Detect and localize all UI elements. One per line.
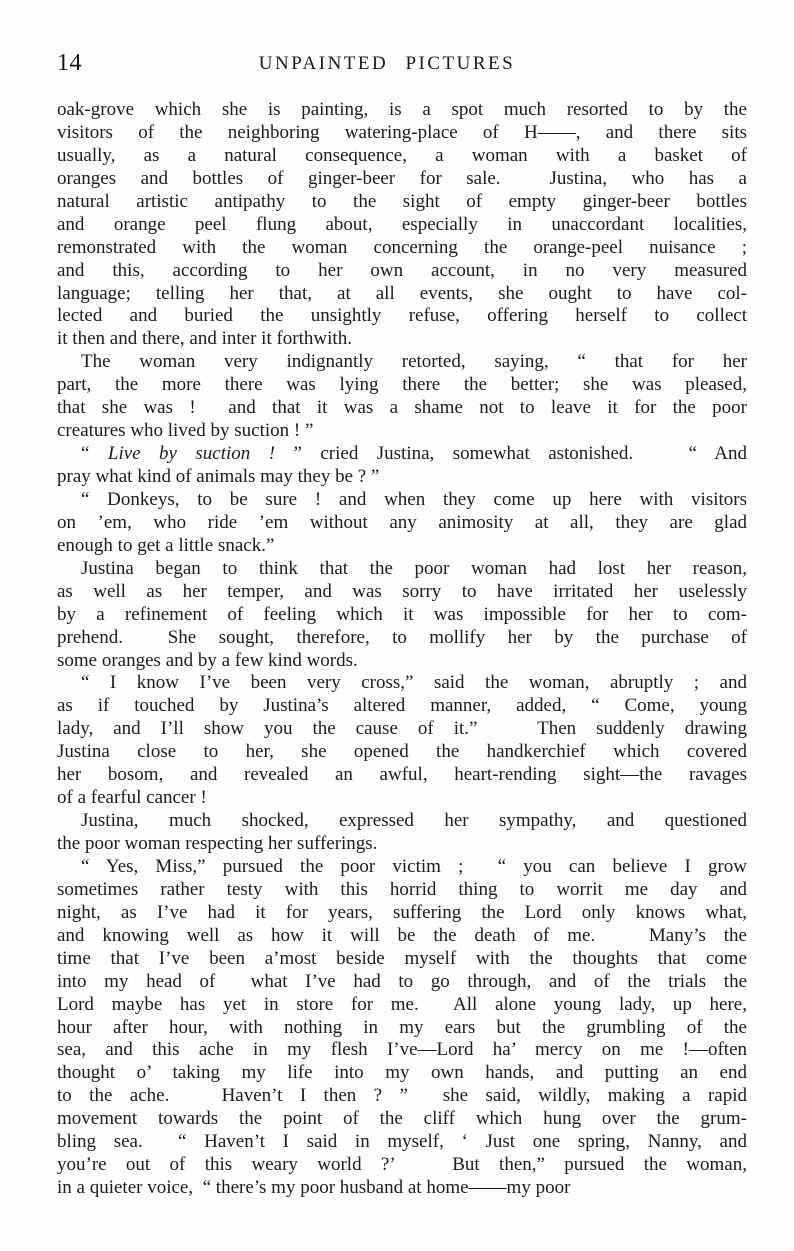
body-text: sea, and this ache in my flesh I’ve—Lord… xyxy=(57,1039,747,1060)
text-line: some oranges and by a few kind words. xyxy=(57,650,747,673)
text-line: thought o’ taking my life into my own ha… xyxy=(57,1062,747,1085)
body-text: movement towards the point of the cliff … xyxy=(57,1108,747,1129)
body-text: Justina, much shocked, expressed her sym… xyxy=(81,810,747,831)
text-line: night, as I’ve had it for years, sufferi… xyxy=(57,902,747,925)
text-line: in a quieter voice, “ there’s my poor hu… xyxy=(57,1177,747,1200)
running-header: 14 UNPAINTED PICTURES xyxy=(57,50,747,80)
body-text: The woman very indignantly retorted, say… xyxy=(81,351,747,372)
text-line: prehend. She sought, therefore, to molli… xyxy=(57,627,747,650)
text-line: time that I’ve been a’most beside myself… xyxy=(57,948,747,971)
body-text: her bosom, and revealed an awful, heart-… xyxy=(57,764,747,785)
text-line: sea, and this ache in my flesh I’ve—Lord… xyxy=(57,1039,747,1062)
text-line: natural artistic antipathy to the sight … xyxy=(57,191,747,214)
body-text: as well as her temper, and was sorry to … xyxy=(57,581,747,602)
text-line: by a refinement of feeling which it was … xyxy=(57,604,747,627)
body-text: it then and there, and inter it forthwit… xyxy=(57,328,352,349)
body-text: of a fearful cancer ! xyxy=(57,787,207,808)
body-text: as if touched by Justina’s altered manne… xyxy=(57,695,747,716)
text-line: lady, and I’ll show you the cause of it.… xyxy=(57,718,747,741)
body-text: Lord maybe has yet in store for me. All … xyxy=(57,994,747,1015)
text-line: enough to get a little snack.” xyxy=(57,535,747,558)
body-text: ” cried Justina, somewhat astonished. “ … xyxy=(275,443,747,464)
text-line: on ’em, who ride ’em without any animosi… xyxy=(57,512,747,535)
text-line: pray what kind of animals may they be ? … xyxy=(57,466,747,489)
text-line: of a fearful cancer ! xyxy=(57,787,747,810)
body-text: by a refinement of feeling which it was … xyxy=(57,604,747,625)
text-line: as if touched by Justina’s altered manne… xyxy=(57,695,747,718)
body-text: language; telling her that, at all event… xyxy=(57,283,747,304)
body-text: oak-grove which she is painting, is a sp… xyxy=(57,99,747,120)
body-text: natural artistic antipathy to the sight … xyxy=(57,191,747,212)
body-text: pray what kind of animals may they be ? … xyxy=(57,466,379,487)
body-text: “ Donkeys, to be sure ! and when they co… xyxy=(81,489,747,510)
text-line: “ Yes, Miss,” pursued the poor victim ; … xyxy=(57,856,747,879)
body-text: remonstrated with the woman concerning t… xyxy=(57,237,747,258)
body-text: in a quieter voice, “ there’s my poor hu… xyxy=(57,1177,570,1198)
text-line: bling sea. “ Haven’t I said in myself, ‘… xyxy=(57,1131,747,1154)
body-text: sometimes rather testy with this horrid … xyxy=(57,879,747,900)
text-line: into my head of what I’ve had to go thro… xyxy=(57,971,747,994)
body-text: into my head of what I’ve had to go thro… xyxy=(57,971,747,992)
text-line: “ I know I’ve been very cross,” said the… xyxy=(57,672,747,695)
text-line: The woman very indignantly retorted, say… xyxy=(57,351,747,374)
text-line: part, the more there was lying there the… xyxy=(57,374,747,397)
body-text: and knowing well as how it will be the d… xyxy=(57,925,747,946)
text-line: language; telling her that, at all event… xyxy=(57,283,747,306)
page-title: UNPAINTED PICTURES xyxy=(57,53,717,75)
text-line: oranges and bottles of ginger-beer for s… xyxy=(57,168,747,191)
text-line: to the ache. Haven’t I then ? ” she said… xyxy=(57,1085,747,1108)
body-text: thought o’ taking my life into my own ha… xyxy=(57,1062,747,1083)
body-text: to the ache. Haven’t I then ? ” she said… xyxy=(57,1085,747,1106)
body-text: “ I know I’ve been very cross,” said the… xyxy=(81,672,747,693)
text-line: Lord maybe has yet in store for me. All … xyxy=(57,994,747,1017)
body-text: creatures who lived by suction ! ” xyxy=(57,420,313,441)
body-text: enough to get a little snack.” xyxy=(57,535,274,556)
text-line: usually, as a natural consequence, a wom… xyxy=(57,145,747,168)
body-text: Justina close to her, she opened the han… xyxy=(57,741,747,762)
body-text: some oranges and by a few kind words. xyxy=(57,650,358,671)
body-text: and orange peel flung about, especially … xyxy=(57,214,747,235)
body-text: “ Yes, Miss,” pursued the poor victim ; … xyxy=(81,856,747,877)
text-line: that she was ! and that it was a shame n… xyxy=(57,397,747,420)
text-line: lected and buried the unsightly refuse, … xyxy=(57,305,747,328)
text-line: hour after hour, with nothing in my ears… xyxy=(57,1017,747,1040)
text-line: “ Donkeys, to be sure ! and when they co… xyxy=(57,489,747,512)
body-text: part, the more there was lying there the… xyxy=(57,374,747,395)
text-line: Justina began to think that the poor wom… xyxy=(57,558,747,581)
body-text: you’re out of this weary world ?’ But th… xyxy=(57,1154,747,1175)
text-line: sometimes rather testy with this horrid … xyxy=(57,879,747,902)
text-line: oak-grove which she is painting, is a sp… xyxy=(57,99,747,122)
body-text: hour after hour, with nothing in my ears… xyxy=(57,1017,747,1038)
body-text: time that I’ve been a’most beside myself… xyxy=(57,948,747,969)
body-text: that she was ! and that it was a shame n… xyxy=(57,397,747,418)
text-line: the poor woman respecting her sufferings… xyxy=(57,833,747,856)
text-line: her bosom, and revealed an awful, heart-… xyxy=(57,764,747,787)
body-text: lected and buried the unsightly refuse, … xyxy=(57,305,747,326)
body-text: usually, as a natural consequence, a wom… xyxy=(57,145,747,166)
body-text: the poor woman respecting her sufferings… xyxy=(57,833,377,854)
italic-text: Live by suction ! xyxy=(108,443,275,464)
text-line: and this, according to her own account, … xyxy=(57,260,747,283)
body-text: oranges and bottles of ginger-beer for s… xyxy=(57,168,747,189)
text-line: and knowing well as how it will be the d… xyxy=(57,925,747,948)
text-line: Justina, much shocked, expressed her sym… xyxy=(57,810,747,833)
text-line: creatures who lived by suction ! ” xyxy=(57,420,747,443)
body-text: visitors of the neighboring watering-pla… xyxy=(57,122,747,143)
body-text: Justina began to think that the poor wom… xyxy=(81,558,747,579)
body-text: on ’em, who ride ’em without any animosi… xyxy=(57,512,747,533)
body-text: and this, according to her own account, … xyxy=(57,260,747,281)
text-line: remonstrated with the woman concerning t… xyxy=(57,237,747,260)
text-line: “ Live by suction ! ” cried Justina, som… xyxy=(57,443,747,466)
text-line: movement towards the point of the cliff … xyxy=(57,1108,747,1131)
body-text: prehend. She sought, therefore, to molli… xyxy=(57,627,747,648)
text-block: oak-grove which she is painting, is a sp… xyxy=(57,99,747,1200)
text-line: Justina close to her, she opened the han… xyxy=(57,741,747,764)
book-page: 14 UNPAINTED PICTURES oak-grove which sh… xyxy=(0,0,794,1251)
body-text: night, as I’ve had it for years, sufferi… xyxy=(57,902,747,923)
body-text: bling sea. “ Haven’t I said in myself, ‘… xyxy=(57,1131,747,1152)
text-line: as well as her temper, and was sorry to … xyxy=(57,581,747,604)
text-line: and orange peel flung about, especially … xyxy=(57,214,747,237)
body-text: lady, and I’ll show you the cause of it.… xyxy=(57,718,747,739)
text-line: visitors of the neighboring watering-pla… xyxy=(57,122,747,145)
body-text: “ xyxy=(81,443,108,464)
text-line: it then and there, and inter it forthwit… xyxy=(57,328,747,351)
text-line: you’re out of this weary world ?’ But th… xyxy=(57,1154,747,1177)
